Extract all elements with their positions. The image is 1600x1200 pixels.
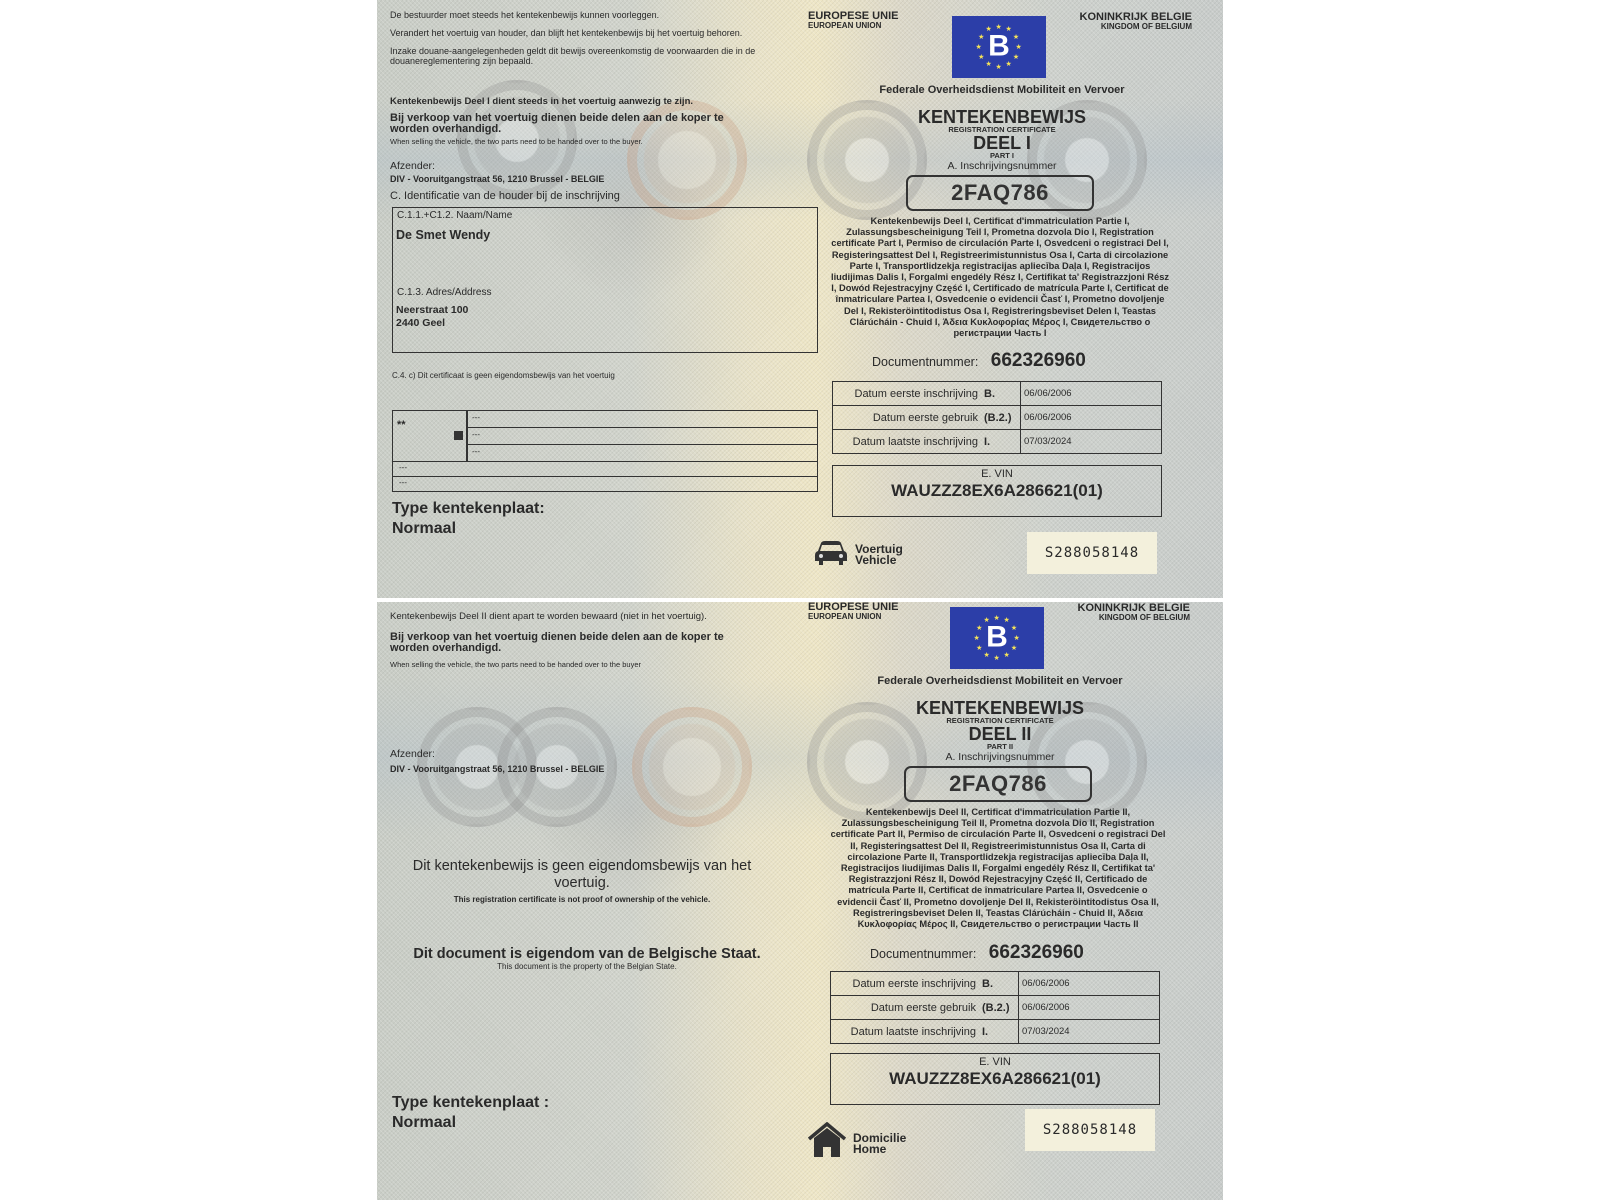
date-label: Datum eerste gebruik xyxy=(871,1002,976,1014)
eu-label: EUROPESE UNIE EUROPEAN UNION xyxy=(808,602,898,621)
home-icon xyxy=(807,1122,847,1158)
vin-value: WAUZZZ8EX6A286621(01) xyxy=(831,1069,1159,1089)
part-title-en: PART II xyxy=(880,743,1120,751)
plate-type-value: Normaal xyxy=(392,1113,456,1133)
star-icon: ★ xyxy=(974,635,980,642)
holder-section-title: C. Identificatie van de houder bij de in… xyxy=(390,190,620,202)
plate-type-label: Type kentekenplaat : xyxy=(392,1093,549,1113)
date-value: 07/03/2024 xyxy=(1019,1020,1160,1044)
plate-type-label: Type kentekenplaat: xyxy=(392,499,545,519)
certificate-title: KENTEKENBEWIJS REGISTRATION CERTIFICATE … xyxy=(880,699,1120,763)
sale-note-en: When selling the vehicle, the two parts … xyxy=(390,137,643,146)
dates-table: Datum eerste inschrijvingB.06/06/2006 Da… xyxy=(832,381,1162,454)
address-line-1: Neerstraat 100 xyxy=(396,304,468,316)
notes: De bestuurder moet steeds het kentekenbe… xyxy=(390,10,770,66)
date-value: 06/06/2006 xyxy=(1019,996,1160,1020)
eu-title-en: EUROPEAN UNION xyxy=(808,22,898,30)
address-line-2: 2440 Geel xyxy=(396,317,445,329)
info-line: --- xyxy=(472,413,480,422)
date-code: I. xyxy=(982,1026,1012,1038)
registration-label: A. Inschrijvingsnummer xyxy=(882,160,1122,172)
vehicle-label: Voertuig Vehicle xyxy=(855,544,903,566)
sale-note: Bij verkoop van het voertuig dienen beid… xyxy=(390,632,750,654)
document-number: Documentnummer: 662326960 xyxy=(872,350,1086,372)
info-line: --- xyxy=(399,463,407,472)
star-icon: ★ xyxy=(996,64,1002,71)
state-property: Dit document is eigendom van de Belgisch… xyxy=(382,946,792,971)
vin-box: E. VIN WAUZZZ8EX6A286621(01) xyxy=(832,465,1162,517)
document-number-label: Documentnummer: xyxy=(872,355,978,369)
divider xyxy=(466,411,468,461)
star-icon: ★ xyxy=(1016,44,1022,51)
plate-type-value: Normaal xyxy=(392,519,456,539)
car-icon xyxy=(815,540,847,566)
registration-number: 2FAQ786 xyxy=(904,766,1092,802)
star-icon: ★ xyxy=(1011,625,1017,632)
kingdom-label: KONINKRIJK BELGIE KINGDOM OF BELGIUM xyxy=(1065,603,1190,622)
part-title: DEEL II xyxy=(880,725,1120,743)
date-code: B. xyxy=(982,978,1012,990)
serial-number: S288058148 xyxy=(1025,1109,1155,1151)
vin-label: E. VIN xyxy=(831,1056,1159,1068)
date-value: 06/06/2006 xyxy=(1019,972,1160,996)
star-icon: ★ xyxy=(976,645,982,652)
keep-note: Kentekenbewijs Deel I dient steeds in he… xyxy=(390,96,770,107)
address-label: C.1.3. Adres/Address xyxy=(397,287,492,298)
ownership-disclaimer-en: This registration certificate is not pro… xyxy=(402,895,762,904)
date-row: Datum laatste inschrijvingI.07/03/2024 xyxy=(833,430,1162,454)
date-row: Datum laatste inschrijvingI.07/03/2024 xyxy=(831,1020,1160,1044)
document-number-label: Documentnummer: xyxy=(870,947,976,961)
dates-table: Datum eerste inschrijvingB.06/06/2006 Da… xyxy=(830,971,1160,1044)
note-present: De bestuurder moet steeds het kentekenbe… xyxy=(390,10,770,20)
eu-label: EUROPESE UNIE EUROPEAN UNION xyxy=(808,11,898,30)
title: KENTEKENBEWIJS xyxy=(882,108,1122,126)
star-icon: ★ xyxy=(1013,34,1019,41)
title: KENTEKENBEWIJS xyxy=(880,699,1120,717)
stars-mark: ** xyxy=(397,419,406,431)
multilingual-title: Kentekenbewijs Deel I, Certificat d'imma… xyxy=(830,216,1170,339)
date-value: 06/06/2006 xyxy=(1021,382,1162,406)
plus-icon xyxy=(454,431,463,440)
date-value: 06/06/2006 xyxy=(1021,406,1162,430)
vin-value: WAUZZZ8EX6A286621(01) xyxy=(833,481,1161,501)
star-icon: ★ xyxy=(1011,645,1017,652)
home-label: Domicilie Home xyxy=(853,1133,906,1155)
document-number: Documentnummer: 662326960 xyxy=(870,942,1084,964)
date-row: Datum eerste gebruik(B.2.)06/06/2006 xyxy=(831,996,1160,1020)
date-label: Datum eerste gebruik xyxy=(873,412,978,424)
vin-box: E. VIN WAUZZZ8EX6A286621(01) xyxy=(830,1053,1160,1105)
date-row: Datum eerste gebruik(B.2.)06/06/2006 xyxy=(833,406,1162,430)
vin-label: E. VIN xyxy=(833,468,1161,480)
kingdom-title-en: KINGDOM OF BELGIUM xyxy=(1067,23,1192,31)
kingdom-label: KONINKRIJK BELGIE KINGDOM OF BELGIUM xyxy=(1067,12,1192,31)
sender-label: Afzender: xyxy=(390,160,435,172)
vehicle-label-en: Vehicle xyxy=(855,555,903,566)
sale-note: Bij verkoop van het voertuig dienen beid… xyxy=(390,113,750,135)
home-label-en: Home xyxy=(853,1144,906,1155)
date-row: Datum eerste inschrijvingB.06/06/2006 xyxy=(831,972,1160,996)
part-title: DEEL I xyxy=(882,134,1122,152)
date-label: Datum eerste inschrijving xyxy=(853,978,977,990)
date-label: Datum laatste inschrijving xyxy=(853,436,978,448)
keep-note: Kentekenbewijs Deel II dient apart te wo… xyxy=(390,611,707,622)
info-line: --- xyxy=(472,447,480,456)
document-number-value: 662326960 xyxy=(991,350,1086,371)
holder-box: C.1.1.+C1.2. Naam/Name De Smet Wendy C.1… xyxy=(392,207,818,353)
registration-certificate-part-1: De bestuurder moet steeds het kentekenbe… xyxy=(377,0,1223,598)
sale-note-en: When selling the vehicle, the two parts … xyxy=(390,660,641,669)
date-code: (B.2.) xyxy=(982,1002,1012,1014)
additional-info-box: ** --- --- --- --- --- xyxy=(392,410,818,492)
date-code: B. xyxy=(984,388,1014,400)
star-icon: ★ xyxy=(976,625,982,632)
certificate-title: KENTEKENBEWIJS REGISTRATION CERTIFICATE … xyxy=(882,108,1122,172)
note-customs: Inzake douane-aangelegenheden geldt dit … xyxy=(390,46,770,66)
star-icon: ★ xyxy=(978,34,984,41)
sender-address: DIV - Vooruitgangstraat 56, 1210 Brussel… xyxy=(390,764,604,774)
kingdom-title-en: KINGDOM OF BELGIUM xyxy=(1065,614,1190,622)
info-line: --- xyxy=(472,430,480,439)
holder-name: De Smet Wendy xyxy=(396,228,490,242)
agency-name: Federale Overheidsdienst Mobiliteit en V… xyxy=(850,675,1150,687)
note-holder-change: Verandert het voertuig van houder, dan b… xyxy=(390,28,770,38)
watermark-wheel xyxy=(632,707,752,827)
date-label: Datum laatste inschrijving xyxy=(851,1026,976,1038)
state-property-nl: Dit document is eigendom van de Belgisch… xyxy=(382,946,792,962)
registration-label: A. Inschrijvingsnummer xyxy=(880,751,1120,763)
date-code: (B.2.) xyxy=(984,412,1014,424)
eu-title-en: EUROPEAN UNION xyxy=(808,613,898,621)
star-icon: ★ xyxy=(978,54,984,61)
eu-flag-icon: ★★★★★★★★★★★★ B xyxy=(950,607,1044,669)
country-letter: B xyxy=(988,29,1010,63)
date-value: 07/03/2024 xyxy=(1021,430,1162,454)
document-number-value: 662326960 xyxy=(989,942,1084,963)
ownership-note: C.4. c) Dit certificaat is geen eigendom… xyxy=(392,371,615,380)
registration-certificate-part-2: Kentekenbewijs Deel II dient apart te wo… xyxy=(377,602,1223,1200)
registration-number: 2FAQ786 xyxy=(906,175,1094,211)
date-row: Datum eerste inschrijvingB.06/06/2006 xyxy=(833,382,1162,406)
star-icon: ★ xyxy=(976,44,982,51)
date-code: I. xyxy=(984,436,1014,448)
state-property-en: This document is the property of the Bel… xyxy=(382,962,792,971)
serial-number: S288058148 xyxy=(1027,532,1157,574)
date-label: Datum eerste inschrijving xyxy=(855,388,979,400)
ownership-disclaimer: Dit kentekenbewijs is geen eigendomsbewi… xyxy=(402,858,762,904)
eu-flag-icon: ★★★★★★★★★★★★ B xyxy=(952,16,1046,78)
country-letter: B xyxy=(986,620,1008,654)
part-title-en: PART I xyxy=(882,152,1122,160)
star-icon: ★ xyxy=(1013,54,1019,61)
star-icon: ★ xyxy=(1014,635,1020,642)
ownership-disclaimer-nl: Dit kentekenbewijs is geen eigendomsbewi… xyxy=(402,858,762,892)
name-label: C.1.1.+C1.2. Naam/Name xyxy=(397,210,512,221)
info-line: --- xyxy=(399,478,407,487)
sender-label: Afzender: xyxy=(390,748,435,760)
agency-name: Federale Overheidsdienst Mobiliteit en V… xyxy=(852,84,1152,96)
sender-address: DIV - Vooruitgangstraat 56, 1210 Brussel… xyxy=(390,174,604,184)
star-icon: ★ xyxy=(994,655,1000,662)
multilingual-title: Kentekenbewijs Deel II, Certificat d'imm… xyxy=(828,807,1168,930)
